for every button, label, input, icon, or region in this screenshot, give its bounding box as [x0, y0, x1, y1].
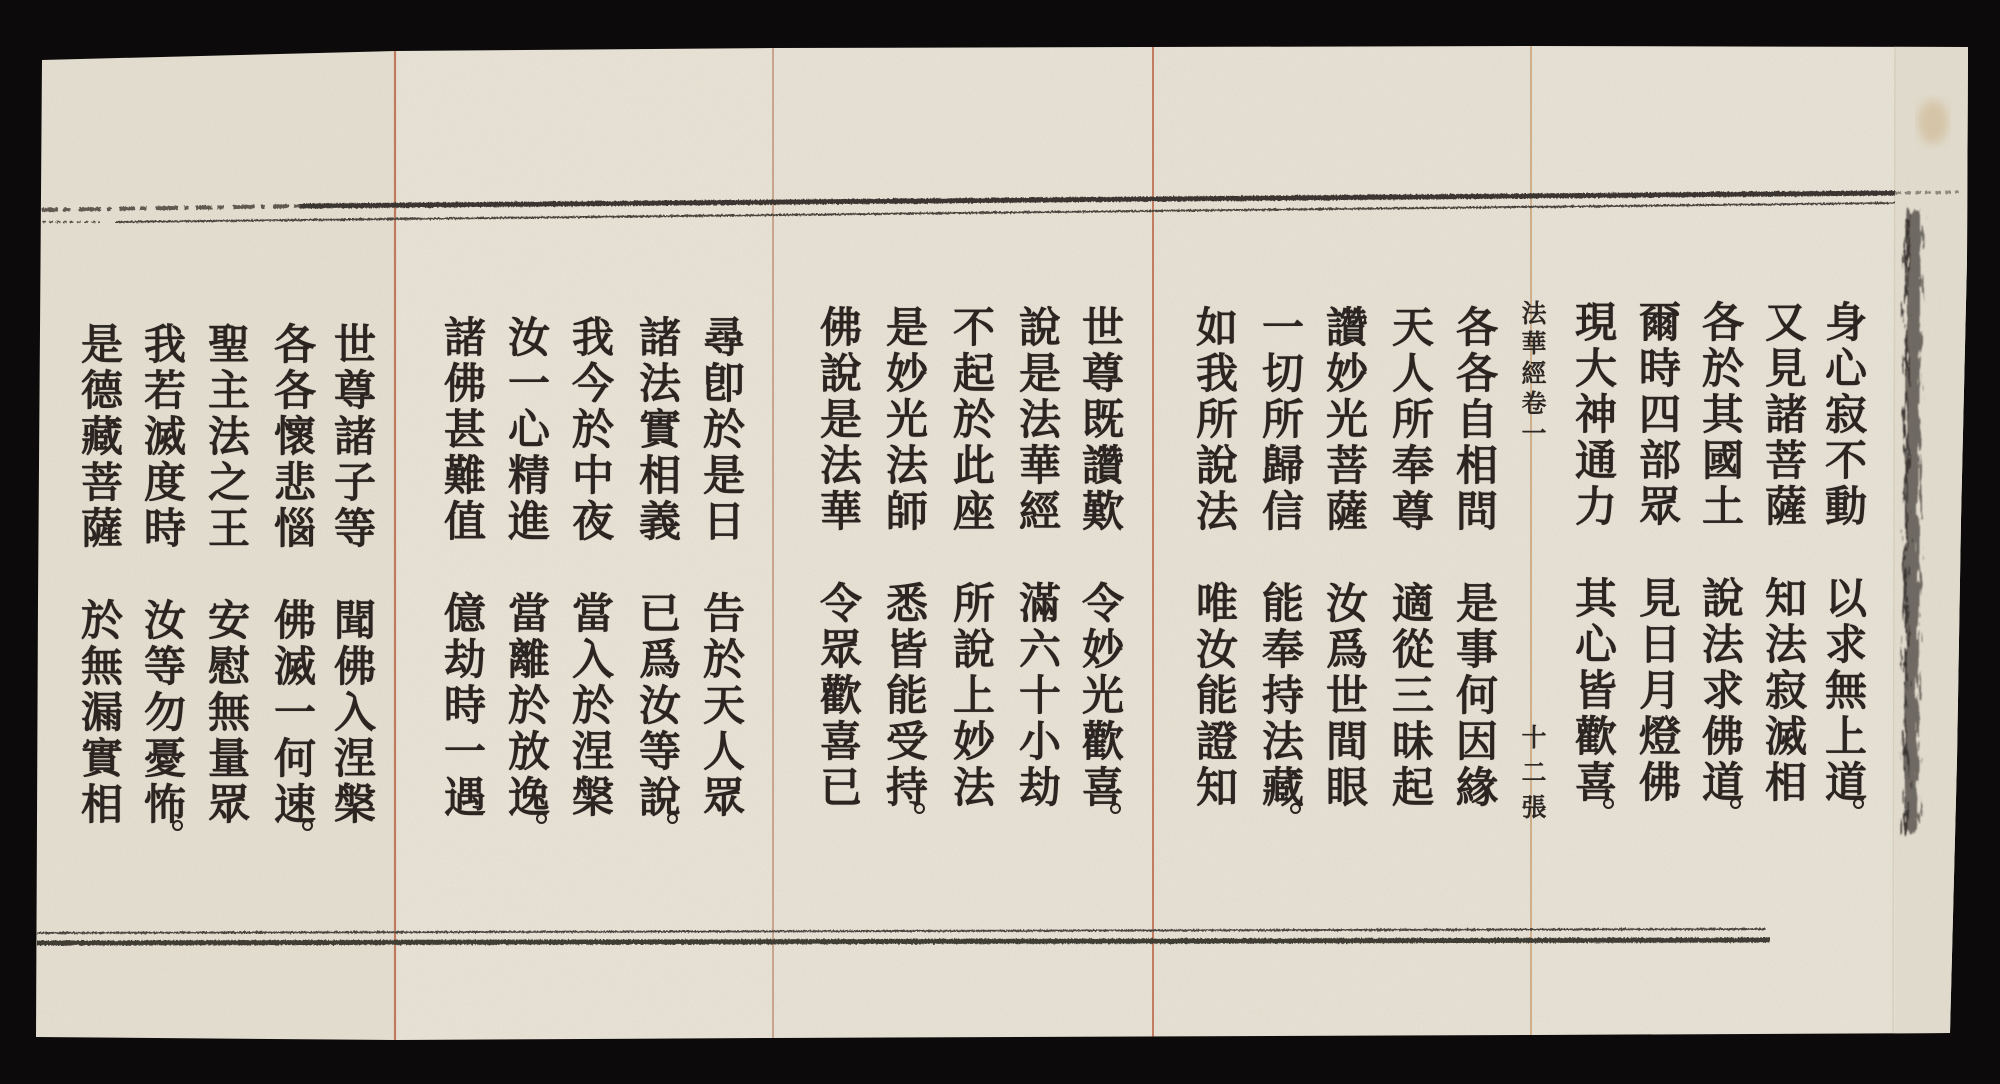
verse-upper: 各各自相問 [1451, 305, 1497, 535]
verse-lower: 已爲汝等說 [634, 591, 680, 821]
text-column: 各各懷悲惱 佛滅一何速 [269, 322, 315, 852]
verse-lower: 汝爲世間眼 [1321, 581, 1367, 811]
verse-lower: 佛滅一何速 [269, 598, 315, 828]
punctuation-mark [914, 803, 925, 814]
verse-lower: 億劫時一遇 [439, 591, 485, 821]
verse-upper: 各於其國土 [1697, 300, 1743, 530]
verse-upper: 讚妙光菩薩 [1321, 305, 1367, 535]
text-column: 佛說是法華 令眾歡喜已 [815, 305, 861, 835]
text-column: 諸佛甚難值 億劫時一遇 [439, 315, 485, 845]
verse-lower: 其心皆歡喜 [1570, 576, 1616, 806]
verse-upper: 一切所歸信 [1257, 305, 1303, 535]
verse-upper: 天人所奉尊 [1387, 305, 1433, 535]
verse-lower: 令妙光歡喜 [1077, 581, 1123, 811]
verse-upper: 是德藏菩薩 [76, 322, 122, 552]
text-column: 身心寂不動 以求無上道 [1820, 300, 1866, 830]
text-column: 汝一心精進 當離於放逸 [503, 315, 549, 845]
verse-lower: 見日月燈佛 [1634, 576, 1680, 806]
verse-lower: 令眾歡喜已 [815, 581, 861, 811]
text-column: 諸法實相義 已爲汝等說 [634, 315, 680, 845]
text-column: 是德藏菩薩 於無漏實相 [76, 322, 122, 852]
text-column: 是妙光法師 悉皆能受持 [881, 305, 927, 835]
punctuation-mark [1110, 803, 1121, 814]
verse-lower: 是事何因緣 [1451, 581, 1497, 811]
stain [1918, 100, 1948, 144]
verse-lower: 於無漏實相 [76, 598, 122, 828]
verse-lower: 以求無上道 [1820, 576, 1866, 806]
verse-upper: 尋卽於是日 [698, 315, 744, 545]
punctuation-mark [172, 820, 183, 831]
verse-lower: 聞佛入涅槃 [329, 598, 375, 828]
verse-upper: 世尊諸子等 [329, 322, 375, 552]
text-column: 爾時四部眾 見日月燈佛 [1634, 300, 1680, 830]
text-column: 又見諸菩薩 知法寂滅相 [1760, 300, 1806, 830]
verse-lower: 當入於涅槃 [567, 591, 613, 821]
text-column: 讚妙光菩薩 汝爲世間眼 [1321, 305, 1367, 835]
verse-upper: 說是法華經 [1014, 305, 1060, 535]
verse-lower: 說法求佛道 [1697, 576, 1743, 806]
verse-upper: 我今於中夜 [567, 315, 613, 545]
text-column: 我今於中夜 當入於涅槃 [567, 315, 613, 845]
verse-upper: 世尊既讚歎 [1077, 305, 1123, 535]
ink-border-strip [1905, 210, 1914, 835]
text-column: 如我所說法 唯汝能證知 [1191, 305, 1237, 835]
punctuation-mark [1290, 803, 1301, 814]
punctuation-mark [667, 813, 678, 824]
verse-upper: 爾時四部眾 [1634, 300, 1680, 530]
text-column: 世尊諸子等 聞佛入涅槃 [329, 322, 375, 852]
verse-upper: 我若滅度時 [139, 322, 185, 552]
verse-upper: 各各懷悲惱 [269, 322, 315, 552]
text-column: 現大神通力 其心皆歡喜 [1570, 300, 1616, 830]
punctuation-mark [536, 813, 547, 824]
verse-lower: 知法寂滅相 [1760, 576, 1806, 806]
verse-upper: 現大神通力 [1570, 300, 1616, 530]
verse-lower: 當離於放逸 [503, 591, 549, 821]
verse-lower: 汝等勿憂怖 [139, 598, 185, 828]
text-column: 一切所歸信 能奉持法藏 [1257, 305, 1303, 835]
verse-lower: 告於天人眾 [698, 591, 744, 821]
verse-upper: 如我所說法 [1191, 305, 1237, 535]
verse-upper: 諸法實相義 [634, 315, 680, 545]
text-column: 各各自相問 是事何因緣 [1451, 305, 1497, 835]
text-column: 不起於此座 所說上妙法 [948, 305, 994, 835]
verse-lower: 適從三昧起 [1387, 581, 1433, 811]
text-column: 各於其國土 說法求佛道 [1697, 300, 1743, 830]
text-column: 我若滅度時 汝等勿憂怖 [139, 322, 185, 852]
verse-upper: 汝一心精進 [503, 315, 549, 545]
punctuation-mark [1603, 798, 1614, 809]
margin-page-number: 十二張 [1517, 724, 1547, 829]
text-column: 聖主法之王 安慰無量眾 [203, 322, 249, 852]
verse-upper: 聖主法之王 [203, 322, 249, 552]
verse-lower: 安慰無量眾 [203, 598, 249, 828]
verse-lower: 滿六十小劫 [1014, 581, 1060, 811]
text-column: 尋卽於是日 告於天人眾 [698, 315, 744, 845]
verse-upper: 佛說是法華 [815, 305, 861, 535]
text-column: 天人所奉尊 適從三昧起 [1387, 305, 1433, 835]
punctuation-mark [1853, 798, 1864, 809]
verse-lower: 能奉持法藏 [1257, 581, 1303, 811]
margin-title: 法華經卷一 [1517, 300, 1547, 450]
punctuation-mark [302, 820, 313, 831]
text-column: 世尊既讚歎 令妙光歡喜 [1077, 305, 1123, 835]
punctuation-mark [1730, 798, 1741, 809]
verse-upper: 身心寂不動 [1820, 300, 1866, 530]
verse-lower: 唯汝能證知 [1191, 581, 1237, 811]
verse-lower: 悉皆能受持 [881, 581, 927, 811]
verse-upper: 不起於此座 [948, 305, 994, 535]
verse-upper: 是妙光法師 [881, 305, 927, 535]
verse-lower: 所說上妙法 [948, 581, 994, 811]
text-column: 說是法華經 滿六十小劫 [1014, 305, 1060, 835]
verse-upper: 又見諸菩薩 [1760, 300, 1806, 530]
verse-upper: 諸佛甚難值 [439, 315, 485, 545]
